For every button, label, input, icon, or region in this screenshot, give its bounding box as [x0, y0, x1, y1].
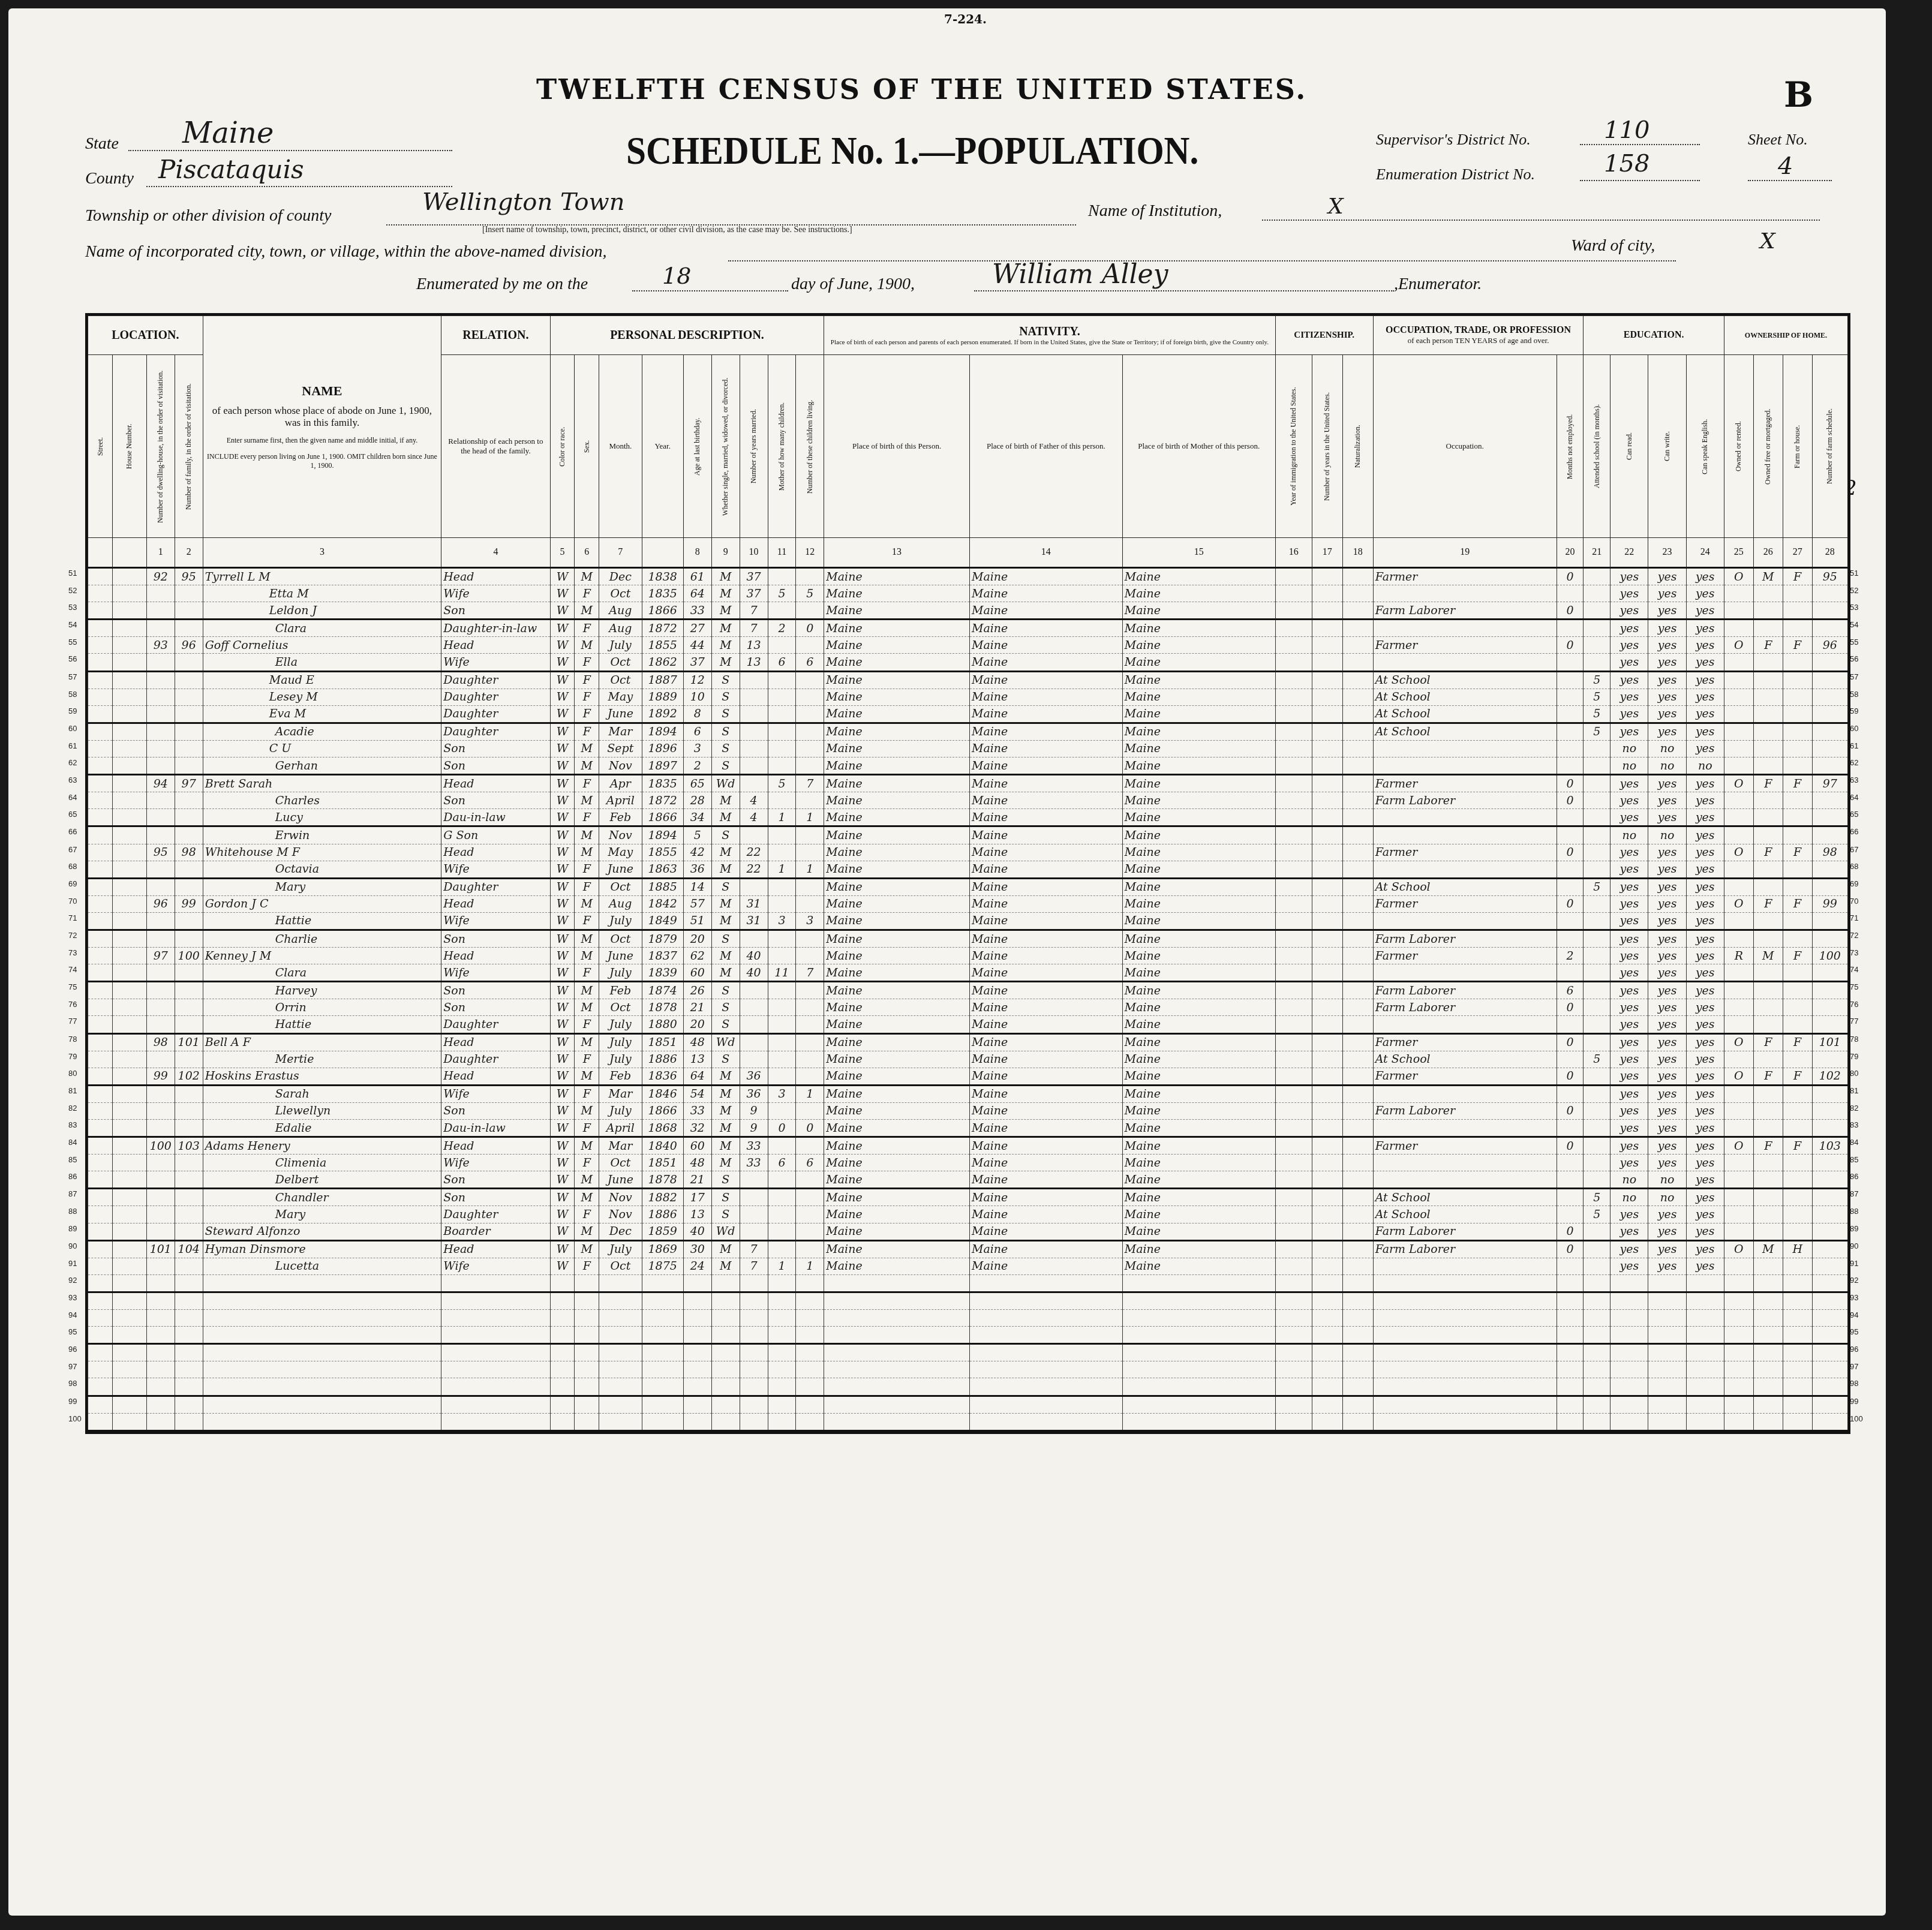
mother-of: [768, 1240, 796, 1258]
birthplace: Maine: [824, 1223, 970, 1240]
birth-year: 1886: [642, 1206, 683, 1223]
father-birthplace: Maine: [969, 654, 1122, 671]
street: [88, 1396, 113, 1413]
children-living: [796, 1413, 824, 1430]
years-married: [740, 1378, 768, 1396]
line-number: 60: [1850, 724, 1858, 733]
can-read: [1610, 1413, 1648, 1430]
birth-year: 1892: [642, 705, 683, 723]
school-months: [1584, 568, 1610, 585]
free-mortgaged: F: [1753, 637, 1783, 654]
children-living: [796, 1327, 824, 1344]
free-mortgaged: [1753, 999, 1783, 1016]
farm-schedule: 99: [1812, 895, 1847, 912]
school-months: [1584, 826, 1610, 844]
population-table: LOCATION. NAME of each person whose plac…: [85, 313, 1850, 1434]
color: W: [550, 809, 575, 826]
birth-year: 1849: [642, 912, 683, 930]
dwelling-number: [146, 1344, 175, 1361]
can-write: yes: [1648, 637, 1686, 654]
speaks-english: yes: [1686, 792, 1724, 809]
mother-birthplace: Maine: [1122, 637, 1275, 654]
farm-house: [1783, 809, 1812, 826]
occupation: [1373, 1344, 1557, 1361]
table-row: Etta MWifeWFOct183564M3755MaineMaineMain…: [88, 585, 1848, 602]
immigration-year: [1275, 1085, 1312, 1102]
farm-schedule: [1812, 1085, 1847, 1102]
father-birthplace: Maine: [969, 740, 1122, 757]
years-in-us: [1312, 1378, 1342, 1396]
years-married: [740, 930, 768, 947]
marital-status: M: [711, 861, 740, 878]
years-in-us: [1312, 775, 1342, 792]
farm-house: [1783, 792, 1812, 809]
birth-year: 1846: [642, 1085, 683, 1102]
street: [88, 1085, 113, 1102]
farm-house: [1783, 826, 1812, 844]
birth-year: 1880: [642, 1016, 683, 1033]
mother-birthplace: Maine: [1122, 912, 1275, 930]
relation: Daughter: [441, 671, 550, 689]
line-number: 71: [68, 913, 77, 922]
birth-month: Nov: [599, 1189, 642, 1206]
can-read: [1610, 1274, 1648, 1292]
farm-house: [1783, 1189, 1812, 1206]
farm-schedule: 97: [1812, 775, 1847, 792]
mother-birthplace: Maine: [1122, 1051, 1275, 1068]
line-number: 65: [68, 810, 77, 819]
birthplace: Maine: [824, 585, 970, 602]
farm-house: F: [1783, 1137, 1812, 1155]
color: W: [550, 1068, 575, 1085]
mother-birthplace: Maine: [1122, 1223, 1275, 1240]
line-number: 70: [68, 897, 77, 906]
mother-birthplace: Maine: [1122, 982, 1275, 999]
color: W: [550, 982, 575, 999]
birthplace: Maine: [824, 568, 970, 585]
immigration-year: [1275, 1068, 1312, 1085]
years-married: 40: [740, 964, 768, 982]
mother-birthplace: Maine: [1122, 585, 1275, 602]
children-living: [796, 1240, 824, 1258]
table-row: 100103Adams HeneryHeadWMMar184060M33Main…: [88, 1137, 1848, 1155]
line-number: 67: [1850, 845, 1858, 854]
occupation: [1373, 1292, 1557, 1309]
farm-schedule: 95: [1812, 568, 1847, 585]
father-birthplace: [969, 1361, 1122, 1378]
table-row: [88, 1292, 1848, 1309]
can-write: [1648, 1292, 1686, 1309]
farm-house: [1783, 930, 1812, 947]
column-number: [642, 538, 683, 568]
supervisor-value: 110: [1604, 116, 1649, 144]
line-number: 84: [68, 1138, 77, 1147]
birth-month: [599, 1310, 642, 1327]
age: 37: [683, 654, 711, 671]
house-number: [112, 964, 146, 982]
dwelling-number: [146, 809, 175, 826]
owned-rented: [1724, 602, 1753, 620]
relation: Wife: [441, 1155, 550, 1171]
dwelling-number: [146, 878, 175, 895]
line-number: 96: [68, 1345, 77, 1354]
birthplace: Maine: [824, 671, 970, 689]
marital-status: M: [711, 585, 740, 602]
free-mortgaged: [1753, 671, 1783, 689]
person-name: [203, 1292, 441, 1309]
street: [88, 895, 113, 912]
line-number: 100: [1850, 1414, 1863, 1423]
naturalization: [1342, 999, 1373, 1016]
birth-month: [599, 1292, 642, 1309]
farm-house: [1783, 705, 1812, 723]
person-name: [203, 1396, 441, 1413]
children-living: 7: [796, 775, 824, 792]
marital-status: M: [711, 1258, 740, 1274]
owned-rented: [1724, 1016, 1753, 1033]
sex: M: [575, 1033, 599, 1051]
line-number: 69: [68, 879, 77, 888]
location-header: LOCATION.: [88, 316, 203, 355]
naturalization: [1342, 826, 1373, 844]
birthplace: [824, 1361, 970, 1378]
free-mortgaged: [1753, 1378, 1783, 1396]
father-birthplace: Maine: [969, 826, 1122, 844]
sex: M: [575, 948, 599, 964]
free-mortgaged: [1753, 740, 1783, 757]
occupation: At School: [1373, 671, 1557, 689]
children-living: [796, 878, 824, 895]
color: W: [550, 792, 575, 809]
months-unemployed: 0: [1557, 895, 1584, 912]
sex: F: [575, 654, 599, 671]
occupation: [1373, 1016, 1557, 1033]
person-name: Ella: [203, 654, 441, 671]
nativity-header: NATIVITY. Place of birth of each person …: [824, 316, 1275, 355]
age: 64: [683, 1068, 711, 1085]
owned-rented: O: [1724, 1137, 1753, 1155]
street: [88, 1068, 113, 1085]
farm-house: [1783, 1120, 1812, 1137]
free-mortgaged: [1753, 1016, 1783, 1033]
speaks-english: yes: [1686, 1102, 1724, 1119]
column-number: 23: [1648, 538, 1686, 568]
relation: Dau-in-law: [441, 809, 550, 826]
owned-rented: [1724, 1274, 1753, 1292]
speaks-english: yes: [1686, 723, 1724, 740]
father-birthplace: Maine: [969, 1155, 1122, 1171]
street: [88, 912, 113, 930]
years-in-us: [1312, 689, 1342, 705]
years-in-us: [1312, 844, 1342, 861]
column-number: 16: [1275, 538, 1312, 568]
owned-rented: [1724, 1171, 1753, 1189]
line-number: 98: [68, 1379, 77, 1388]
marital-status: [711, 1310, 740, 1327]
farm-schedule: [1812, 1171, 1847, 1189]
speaks-english: yes: [1686, 809, 1724, 826]
table-row: [88, 1310, 1848, 1327]
marital-status: S: [711, 671, 740, 689]
can-write: [1648, 1413, 1686, 1430]
person-name: Maud E: [203, 671, 441, 689]
col-pob-mother: Place of birth of Mother of this person.: [1122, 355, 1275, 538]
children-living: [796, 602, 824, 620]
person-name: Chandler: [203, 1189, 441, 1206]
marital-status: S: [711, 878, 740, 895]
birthplace: [824, 1413, 970, 1430]
table-row: LucyDau-in-lawWFFeb186634M411MaineMaineM…: [88, 809, 1848, 826]
immigration-year: [1275, 1155, 1312, 1171]
age: 44: [683, 637, 711, 654]
sex: [575, 1378, 599, 1396]
immigration-year: [1275, 689, 1312, 705]
table-row: 9598Whitehouse M FHeadWMMay185542M22Main…: [88, 844, 1848, 861]
children-living: [796, 568, 824, 585]
birthplace: Maine: [824, 809, 970, 826]
children-living: [796, 637, 824, 654]
family-number: [175, 1051, 203, 1068]
house-number: [112, 826, 146, 844]
street: [88, 826, 113, 844]
birth-year: 1851: [642, 1033, 683, 1051]
naturalization: [1342, 1240, 1373, 1258]
can-write: yes: [1648, 1258, 1686, 1274]
mother-of: [768, 1274, 796, 1292]
owned-rented: [1724, 1189, 1753, 1206]
mother-birthplace: Maine: [1122, 1206, 1275, 1223]
owned-rented: [1724, 1378, 1753, 1396]
immigration-year: [1275, 964, 1312, 982]
birth-month: Nov: [599, 757, 642, 775]
years-in-us: [1312, 1137, 1342, 1155]
column-number: 13: [824, 538, 970, 568]
marital-status: M: [711, 895, 740, 912]
years-in-us: [1312, 895, 1342, 912]
age: 13: [683, 1206, 711, 1223]
col-pob-father: Place of birth of Father of this person.: [969, 355, 1122, 538]
months-unemployed: [1557, 1292, 1584, 1309]
birth-year: 1872: [642, 620, 683, 637]
owned-rented: [1724, 964, 1753, 982]
enumeration-line: [1580, 180, 1700, 181]
relation: Son: [441, 1171, 550, 1189]
father-birthplace: Maine: [969, 999, 1122, 1016]
col-naturalization: Naturalization.: [1342, 355, 1373, 538]
free-mortgaged: [1753, 1413, 1783, 1430]
dwelling-number: [146, 912, 175, 930]
relation: Son: [441, 740, 550, 757]
speaks-english: yes: [1686, 861, 1724, 878]
marital-status: M: [711, 1102, 740, 1119]
years-in-us: [1312, 1258, 1342, 1274]
free-mortgaged: [1753, 809, 1783, 826]
birth-year: 1889: [642, 689, 683, 705]
birth-month: July: [599, 1240, 642, 1258]
months-unemployed: [1557, 723, 1584, 740]
table-row: CharlieSonWMOct187920SMaineMaineMaineFar…: [88, 930, 1848, 947]
children-living: [796, 1102, 824, 1119]
immigration-year: [1275, 775, 1312, 792]
birth-year: 1894: [642, 826, 683, 844]
speaks-english: yes: [1686, 1068, 1724, 1085]
speaks-english: yes: [1686, 1223, 1724, 1240]
can-write: yes: [1648, 1085, 1686, 1102]
immigration-year: [1275, 948, 1312, 964]
mother-of: [768, 792, 796, 809]
line-number: 56: [68, 654, 77, 663]
naturalization: [1342, 705, 1373, 723]
birth-year: 1872: [642, 792, 683, 809]
house-number: [112, 637, 146, 654]
months-unemployed: 0: [1557, 1033, 1584, 1051]
months-unemployed: [1557, 757, 1584, 775]
family-number: [175, 654, 203, 671]
age: 28: [683, 792, 711, 809]
immigration-year: [1275, 757, 1312, 775]
children-living: [796, 1223, 824, 1240]
farm-house: [1783, 878, 1812, 895]
sex: M: [575, 1189, 599, 1206]
house-number: [112, 895, 146, 912]
line-number: 97: [1850, 1362, 1858, 1371]
table-row: ChandlerSonWMNov188217SMaineMaineMaineAt…: [88, 1189, 1848, 1206]
family-number: [175, 1206, 203, 1223]
owned-rented: [1724, 671, 1753, 689]
relation: Wife: [441, 964, 550, 982]
can-write: [1648, 1274, 1686, 1292]
mother-birthplace: Maine: [1122, 878, 1275, 895]
free-mortgaged: [1753, 826, 1783, 844]
dwelling-number: [146, 930, 175, 947]
years-in-us: [1312, 861, 1342, 878]
color: W: [550, 861, 575, 878]
family-number: [175, 792, 203, 809]
relation: Son: [441, 792, 550, 809]
birth-month: July: [599, 1051, 642, 1068]
speaks-english: yes: [1686, 930, 1724, 947]
can-read: yes: [1610, 844, 1648, 861]
birth-year: 1879: [642, 930, 683, 947]
owned-rented: [1724, 757, 1753, 775]
age: 10: [683, 689, 711, 705]
street: [88, 809, 113, 826]
children-living: [796, 1189, 824, 1206]
years-married: 4: [740, 792, 768, 809]
street: [88, 982, 113, 999]
mother-of: [768, 671, 796, 689]
free-mortgaged: M: [1753, 568, 1783, 585]
free-mortgaged: [1753, 654, 1783, 671]
owned-rented: [1724, 792, 1753, 809]
column-number: 19: [1373, 538, 1557, 568]
immigration-year: [1275, 1120, 1312, 1137]
years-married: [740, 1292, 768, 1309]
school-months: [1584, 1310, 1610, 1327]
free-mortgaged: [1753, 964, 1783, 982]
relation: Head: [441, 1240, 550, 1258]
years-in-us: [1312, 1102, 1342, 1119]
school-months: [1584, 1292, 1610, 1309]
birth-year: 1859: [642, 1223, 683, 1240]
sex: F: [575, 861, 599, 878]
can-write: yes: [1648, 861, 1686, 878]
immigration-year: [1275, 1292, 1312, 1309]
immigration-year: [1275, 792, 1312, 809]
birth-year: [642, 1310, 683, 1327]
house-number: [112, 1310, 146, 1327]
years-married: 7: [740, 620, 768, 637]
line-number: 92: [68, 1276, 77, 1285]
sheet-value: 4: [1778, 152, 1793, 180]
family-number: [175, 964, 203, 982]
farm-schedule: [1812, 861, 1847, 878]
line-number: 58: [68, 690, 77, 699]
can-read: yes: [1610, 654, 1648, 671]
years-married: 36: [740, 1085, 768, 1102]
birth-month: Oct: [599, 585, 642, 602]
free-mortgaged: [1753, 1223, 1783, 1240]
age: [683, 1292, 711, 1309]
sex: M: [575, 999, 599, 1016]
can-read: no: [1610, 1171, 1648, 1189]
can-read: yes: [1610, 689, 1648, 705]
line-number: 84: [1850, 1138, 1858, 1147]
page-title: TWELFTH CENSUS OF THE UNITED STATES.: [536, 73, 1307, 106]
street: [88, 602, 113, 620]
age: 14: [683, 878, 711, 895]
age: 26: [683, 982, 711, 999]
birth-year: [642, 1344, 683, 1361]
father-birthplace: Maine: [969, 723, 1122, 740]
birthplace: Maine: [824, 792, 970, 809]
mother-of: [768, 1378, 796, 1396]
occupation: Farmer: [1373, 1068, 1557, 1085]
birth-year: 1839: [642, 964, 683, 982]
marital-status: S: [711, 1189, 740, 1206]
can-write: yes: [1648, 999, 1686, 1016]
mother-birthplace: Maine: [1122, 1171, 1275, 1189]
birthplace: Maine: [824, 637, 970, 654]
mother-of: [768, 602, 796, 620]
naturalization: [1342, 1258, 1373, 1274]
line-number: 83: [1850, 1120, 1858, 1129]
table-row: [88, 1396, 1848, 1413]
immigration-year: [1275, 705, 1312, 723]
farm-schedule: [1812, 689, 1847, 705]
owned-rented: [1724, 1361, 1753, 1378]
person-name: Whitehouse M F: [203, 844, 441, 861]
marital-status: S: [711, 999, 740, 1016]
mother-birthplace: [1122, 1274, 1275, 1292]
occupation: [1373, 654, 1557, 671]
color: W: [550, 689, 575, 705]
age: 21: [683, 1171, 711, 1189]
age: 60: [683, 1137, 711, 1155]
dwelling-number: 98: [146, 1033, 175, 1051]
mother-birthplace: Maine: [1122, 1240, 1275, 1258]
farm-schedule: [1812, 654, 1847, 671]
months-unemployed: 6: [1557, 982, 1584, 999]
mother-of: [768, 1292, 796, 1309]
dwelling-number: [146, 792, 175, 809]
free-mortgaged: [1753, 1361, 1783, 1378]
line-number: 63: [68, 775, 77, 784]
column-number: 2: [175, 538, 203, 568]
years-in-us: [1312, 1171, 1342, 1189]
citizenship-header: CITIZENSHIP.: [1275, 316, 1373, 355]
occupation: [1373, 912, 1557, 930]
